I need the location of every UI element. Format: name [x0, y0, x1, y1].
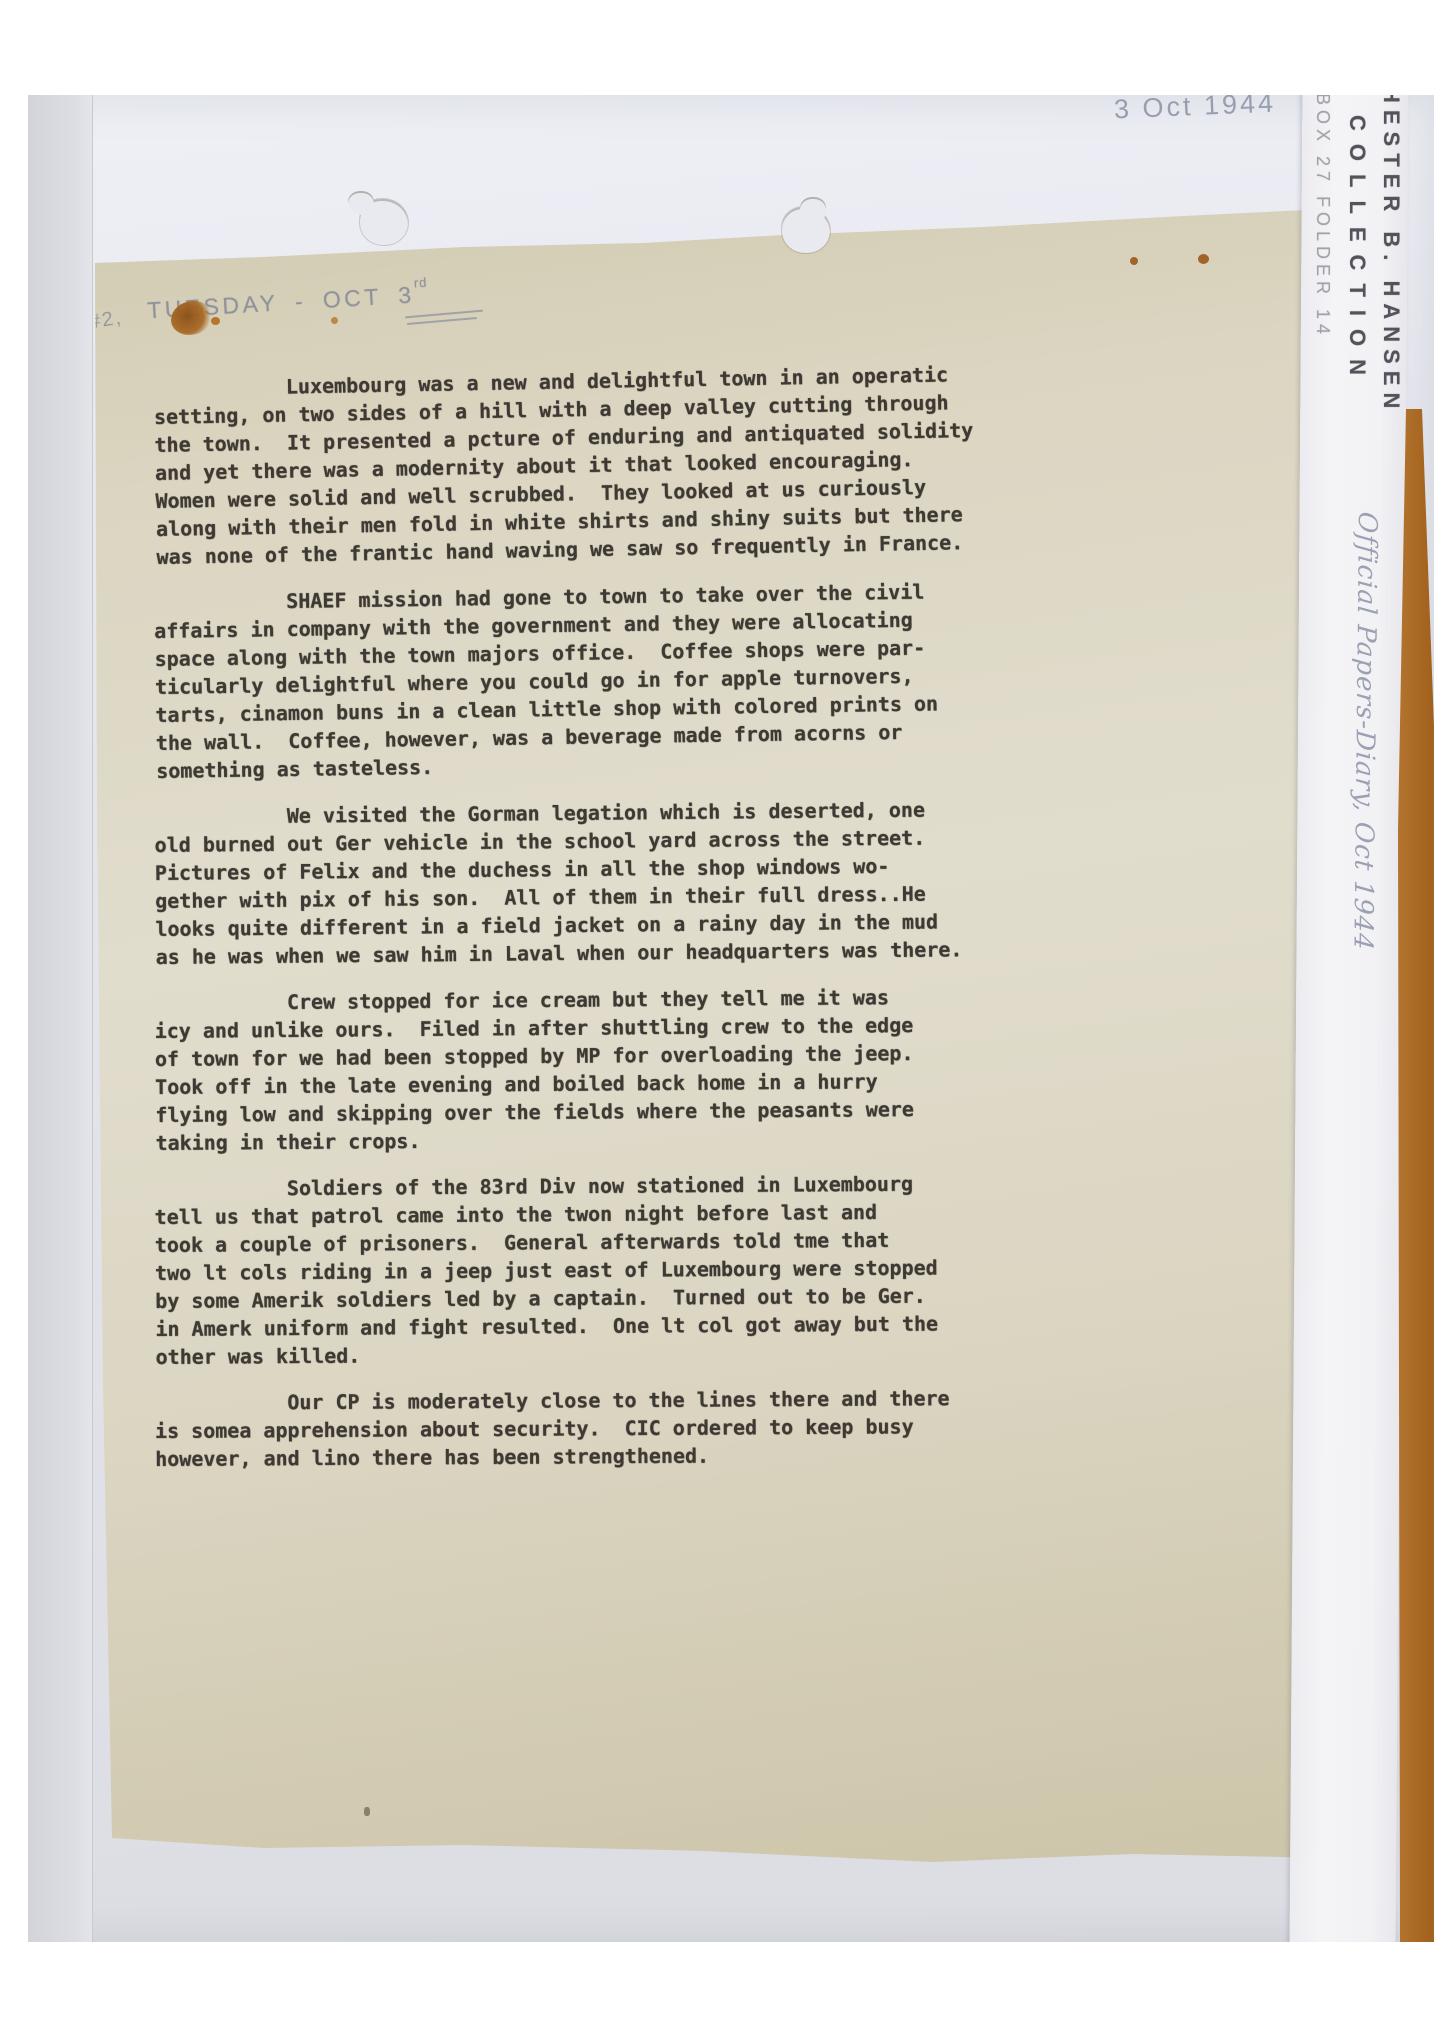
- paragraph-shaef: SHAEF mission had gone to town to take o…: [154, 575, 1117, 785]
- stamp-line-1: HESTER B. HANSEN: [1374, 95, 1408, 479]
- punch-hole: [782, 207, 830, 253]
- paragraph-cp: Our CP is moderately close to the lines …: [155, 1383, 1115, 1473]
- stamp-line-3: BOX 27 FOLDER 14: [1306, 95, 1340, 479]
- stain-dot: [331, 317, 338, 324]
- wood-shelf-edge: [1398, 409, 1434, 1942]
- collection-stamp: HESTER B. HANSEN COLLECTION BOX 27 FOLDE…: [1304, 95, 1408, 479]
- stain-dot: [1130, 257, 1138, 265]
- stamp-line-2: COLLECTION: [1340, 95, 1374, 479]
- punch-hole: [360, 199, 408, 245]
- stain-dot: [211, 317, 220, 325]
- heading-underline: [407, 317, 477, 325]
- paragraph-luxembourg: Luxembourg was a new and delightful town…: [153, 357, 1116, 571]
- paragraph-crew: Crew stopped for ice cream but they tell…: [154, 981, 1115, 1157]
- stain-dot: [1198, 254, 1209, 264]
- album-photo: 3 Oct 1944 #2, TUESDAY - OCT 3rd Luxembo…: [28, 95, 1434, 1942]
- pencil-spine-note: Official Papers-Diary, Oct 1944: [1331, 509, 1382, 1161]
- rust-stain: [171, 301, 211, 335]
- diary-page: #2, TUESDAY - OCT 3rd Luxembourg was a n…: [83, 205, 1345, 1867]
- ink-speck: [364, 1807, 370, 1816]
- heading-ordinal: rd: [413, 275, 427, 291]
- paragraph-soldiers: Soldiers of the 83rd Div now stationed i…: [154, 1168, 1115, 1371]
- album-page-edge: [28, 95, 93, 1942]
- typed-text-block: Luxembourg was a new and delightful town…: [155, 375, 1115, 1491]
- pencil-date-note: 3 Oct 1944: [1113, 95, 1276, 125]
- paragraph-legation: We visited the Gorman legation which is …: [154, 794, 1116, 971]
